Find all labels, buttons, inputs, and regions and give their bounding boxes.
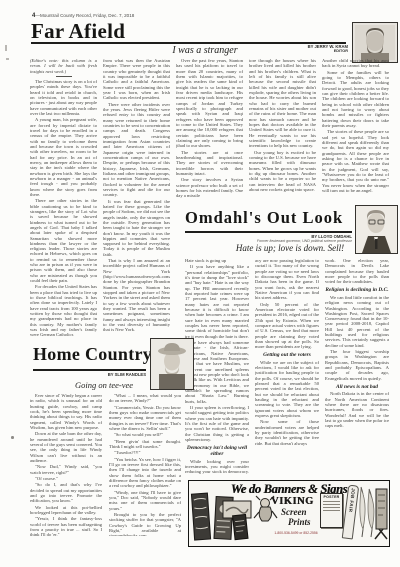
- home-country-body: Ever since ol' Windy began a career in r…: [30, 393, 181, 536]
- paragraph: Now some of those underinformed voters a…: [255, 419, 319, 446]
- column-subhead: Religion is declining in D.C.: [325, 287, 389, 293]
- paragraph: There were other incidents over the year…: [103, 102, 170, 198]
- paragraph: Only 50 percent of the American electora…: [255, 302, 319, 350]
- omdahl-article-title: Hate is up; love is down. Sell!: [185, 243, 395, 253]
- article-column: tore through the houses where his brothe…: [249, 58, 316, 199]
- paragraph: "So do I, and that's why I've decided to…: [30, 482, 102, 503]
- ad-logo-viking: VIKING: [271, 496, 314, 507]
- paragraph: We can find little comfort in the religi…: [325, 295, 389, 348]
- paragraph: "Commercials, Yessir. Do you know them g…: [109, 405, 181, 432]
- paragraph: Our young boy is excited to be coming to…: [249, 150, 316, 193]
- paragraph: "You betcha. Ya see, how I figger it, I'…: [109, 457, 181, 489]
- paragraph: "So what would you sell?": [109, 432, 181, 437]
- ad-logo-prints: Prints: [288, 517, 311, 527]
- paragraph: There are other stories in the bible cau…: [30, 198, 97, 283]
- article-column: from what was then the Austrian Empire. …: [103, 58, 170, 342]
- article-column: (Editor's note: this column is a rerun. …: [30, 58, 97, 342]
- scan-mark: [6, 58, 9, 60]
- paragraph: "Now Dud," Windy said, "you watch teevee…: [30, 464, 102, 475]
- poster-line: [323, 507, 340, 509]
- article-column: Hate stock is going upIf you have anythi…: [185, 258, 249, 475]
- paragraph: While we are on the subject of elections…: [255, 360, 319, 419]
- column-subhead: Getting out the voters: [255, 352, 319, 358]
- paragraph: Over the past few years, Stanton has use…: [176, 58, 243, 149]
- poster-line: [323, 501, 340, 503]
- paragraph: A young man, his pregnant wife, are forc…: [30, 117, 97, 197]
- column-subhead: Democracy isn't doing well either: [185, 445, 249, 457]
- home-country-article-title: Going on tee-vee: [30, 380, 178, 390]
- paragraph: "Yessir, I think the fantasy-loss world …: [30, 516, 102, 536]
- paragraph: While looking over your investments, you…: [185, 459, 249, 475]
- home-country-byline: BY SLIM RANDLES: [33, 372, 146, 377]
- article-column: Ever since ol' Windy began a career in r…: [30, 393, 102, 536]
- article-column: Another child worries that his aunt back…: [322, 58, 389, 199]
- article-column: work. One election year, Democrats in De…: [325, 258, 389, 475]
- paragraph: Brought to you by the perfect stocking s…: [109, 512, 181, 536]
- paragraph: Ever since ol' Windy began a career in r…: [30, 393, 102, 430]
- paragraph: That is why I am amazed at an incredible…: [103, 258, 170, 333]
- article-column: "What ... I mean, what would you do on t…: [109, 393, 181, 536]
- paragraph: Hate stock is going up: [185, 258, 249, 263]
- paragraph: The stories of these people are so sad y…: [322, 129, 389, 193]
- portrait-man-beard: [353, 23, 397, 62]
- scan-mark: [5, 45, 7, 51]
- paragraph: (Editor's note: this column is a rerun. …: [30, 58, 97, 74]
- column-subhead: All news is not bad: [325, 384, 389, 390]
- ad-logo-screen: Screen: [281, 507, 307, 517]
- paragraph: One story involves a Syrian science prof…: [176, 177, 243, 198]
- ad-poster-sign: POSTER: [320, 493, 343, 528]
- poster-label: POSTER: [321, 495, 342, 499]
- paragraph: acy are now passing legislation to curta…: [255, 258, 319, 301]
- masthead-text: —Mountrail County Record, Friday, Dec. 7…: [35, 13, 134, 18]
- paragraph: "Of course.": [30, 476, 102, 481]
- paragraph: We looked at this pot-bellied bowlegged …: [30, 505, 102, 516]
- paragraph: "What ... I mean, what would you do on t…: [109, 393, 181, 404]
- omdahl-rule: [185, 231, 352, 233]
- poster-line: [323, 510, 340, 512]
- paragraph: It was fear that generated the hatred fo…: [103, 199, 170, 258]
- byline-name: BY SLIM RANDLES: [33, 372, 146, 377]
- paragraph: "Been givin' that some thought. Think I …: [109, 439, 181, 450]
- banners-signs-ad: We do Banners & Signs VIKING Screen Prin…: [188, 480, 390, 547]
- paragraph: For decades the United States has been a…: [30, 284, 97, 337]
- paragraph: "Windy, one thing I'll have to give you,…: [109, 490, 181, 511]
- note-divider: [56, 76, 72, 77]
- paragraph: North Dakota is in the center of the Nor…: [325, 391, 389, 428]
- omdahl-body: Hate stock is going upIf you have anythi…: [185, 258, 389, 475]
- paragraph: tore through the houses where his brothe…: [249, 58, 316, 149]
- ad-headline: We do Banners & Signs: [189, 482, 389, 497]
- paragraph: We have always had someone to hate - the…: [185, 340, 249, 404]
- omdahl-section-title: Omdahl's Out Look: [185, 208, 343, 228]
- paragraph: Down at the sale barn the other day, he …: [30, 431, 102, 463]
- poster-line: [323, 504, 340, 506]
- far-afield-section-title: Far Afield: [31, 19, 125, 44]
- banner-display-icon: [233, 514, 248, 539]
- article-column: acy are now passing legislation to curta…: [255, 258, 319, 475]
- newspaper-page: 4—Mountrail County Record, Friday, Dec. …: [0, 0, 400, 567]
- scan-mark: [11, 436, 14, 439]
- paragraph: The Christmas story is on a lot of peopl…: [30, 79, 97, 116]
- paragraph: The stories are at once heartbreaking an…: [176, 150, 243, 177]
- paragraph: Another child worries that his aunt back…: [322, 58, 389, 69]
- paragraph: "Tuxedos?!?!": [109, 450, 181, 455]
- ad-phone-number: 1-800-536-5499 or 852-2556: [251, 531, 341, 535]
- jerry-kram-photo: [352, 22, 398, 63]
- home-country-section-title: Home Country: [33, 344, 152, 365]
- paragraph: Some of the families will be going to Me…: [322, 70, 389, 129]
- far-afield-article-title: I was a stranger: [30, 45, 380, 56]
- article-column: Over the past few years, Stanton has use…: [176, 58, 243, 199]
- paragraph: If your spleen is overflowing, I would s…: [185, 405, 249, 442]
- jobfair-label: JOB FAIR: [348, 488, 356, 513]
- paragraph: from what was then the Austrian Empire. …: [103, 58, 170, 101]
- paragraph: The four biggest worship groups in Washi…: [325, 349, 389, 381]
- banner-display-icon: [191, 493, 210, 540]
- paragraph: If you have anything like a "personal re…: [185, 264, 249, 339]
- home-country-rule: [33, 369, 146, 371]
- paragraph: work. One election year, Democrats in De…: [325, 258, 389, 285]
